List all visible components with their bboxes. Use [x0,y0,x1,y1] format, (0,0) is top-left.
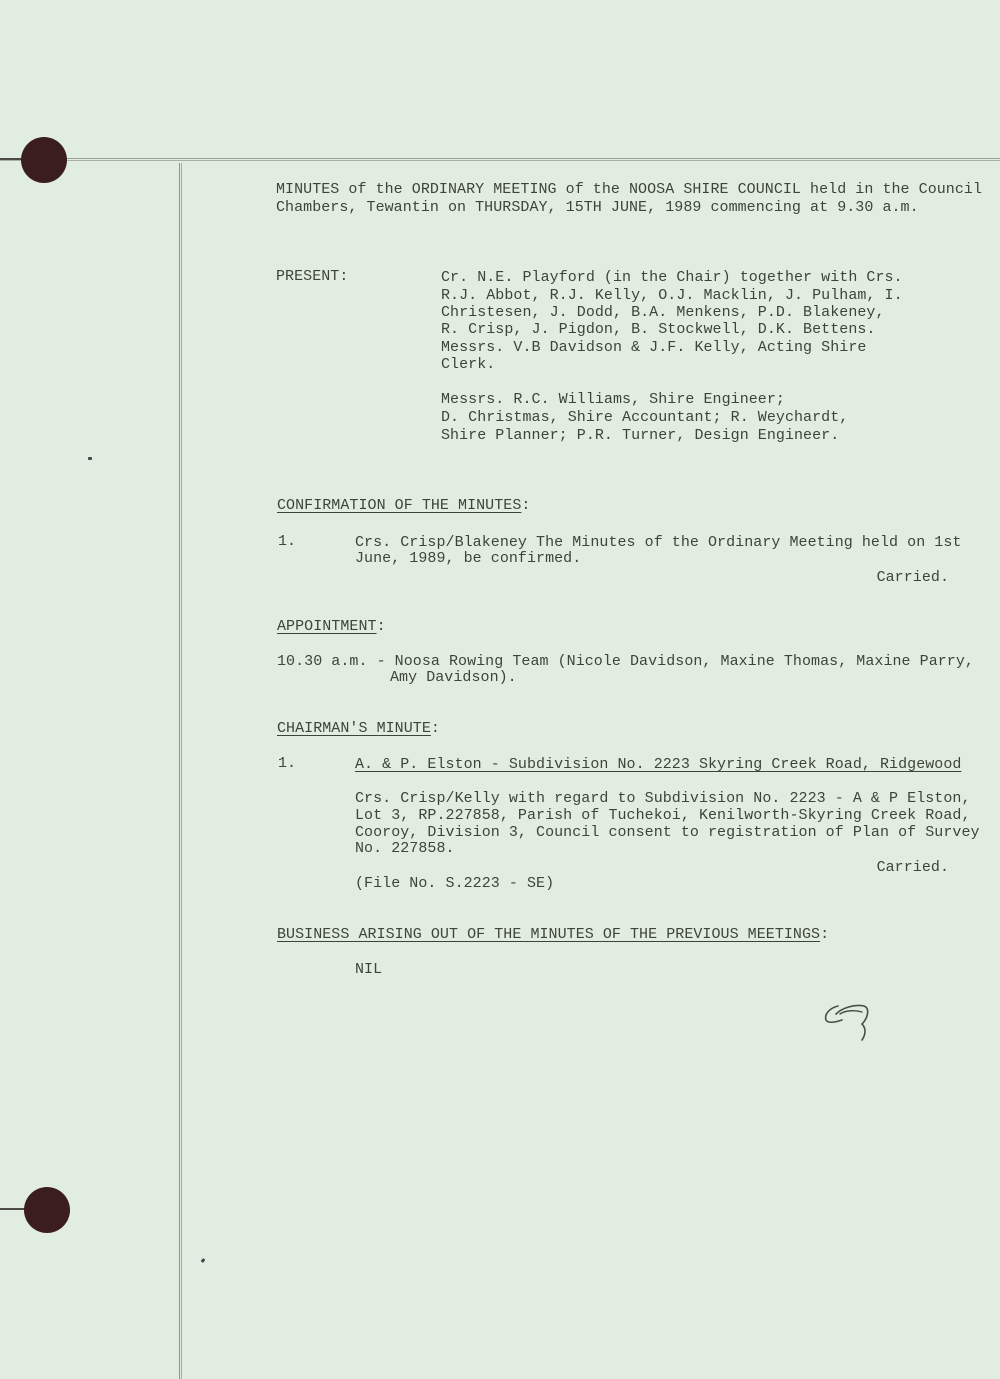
present-label: PRESENT: [276,268,348,285]
officers-line: Shire Planner; P.R. Turner, Design Engin… [441,427,839,444]
present-line: Cr. N.E. Playford (in the Chair) togethe… [441,269,903,286]
business-arising-heading-text: BUSINESS ARISING OUT OF THE MINUTES OF T… [277,926,820,943]
appointment-line: 10.30 a.m. - Noosa Rowing Team (Nicole D… [277,653,974,670]
left-margin-rule [179,163,182,1379]
chairmans-minute-line: Lot 3, RP.227858, Parish of Tuchekoi, Ke… [355,807,971,824]
confirmation-heading-text: CONFIRMATION OF THE MINUTES [277,497,521,514]
binder-hole-bottom [24,1187,70,1233]
appointment-heading-text: APPOINTMENT [277,618,377,635]
present-line: R.J. Abbot, R.J. Kelly, O.J. Macklin, J.… [441,287,903,304]
present-line: Clerk. [441,356,495,373]
file-reference: (File No. S.2223 - SE) [355,875,554,892]
officers-line: D. Christmas, Shire Accountant; R. Weych… [441,409,848,426]
binder-hole-tab [0,1208,26,1210]
business-arising-body: NIL [355,961,382,978]
confirmation-line: Crs. Crisp/Blakeney The Minutes of the O… [355,534,961,551]
top-margin-rule [0,158,1000,161]
business-arising-heading: BUSINESS ARISING OUT OF THE MINUTES OF T… [277,926,829,943]
chairmans-minute-line: Cooroy, Division 3, Council consent to r… [355,824,980,841]
paper-speck [88,457,92,460]
minutes-heading-line-2: Chambers, Tewantin on THURSDAY, 15TH JUN… [276,199,919,216]
present-line: Christesen, J. Dodd, B.A. Menkens, P.D. … [441,304,885,321]
appointment-heading: APPOINTMENT: [277,618,386,635]
chairmans-minute-item-title: A. & P. Elston - Subdivision No. 2223 Sk… [355,756,961,773]
chairmans-minute-heading-text: CHAIRMAN'S MINUTE [277,720,431,737]
confirmation-line: June, 1989, be confirmed. [355,550,581,567]
appointment-line: Amy Davidson). [390,669,517,686]
confirmation-item-number: 1. [278,533,296,550]
chairmans-minute-line: No. 227858. [355,840,455,857]
binder-hole-top [21,137,67,183]
confirmation-heading: CONFIRMATION OF THE MINUTES: [277,497,530,514]
handwritten-initials-icon [820,1000,880,1045]
chairmans-minute-result: Carried. [800,859,949,876]
present-line: R. Crisp, J. Pigdon, B. Stockwell, D.K. … [441,321,875,338]
chairmans-minute-line: Crs. Crisp/Kelly with regard to Subdivis… [355,790,971,807]
confirmation-result: Carried. [800,569,949,586]
present-line: Messrs. V.B Davidson & J.F. Kelly, Actin… [441,339,866,356]
chairmans-minute-item-number: 1. [278,755,296,772]
paper-speck [201,1258,206,1263]
chairmans-minute-heading: CHAIRMAN'S MINUTE: [277,720,440,737]
officers-line: Messrs. R.C. Williams, Shire Engineer; [441,391,785,408]
minutes-heading-line-1: MINUTES of the ORDINARY MEETING of the N… [276,181,982,198]
